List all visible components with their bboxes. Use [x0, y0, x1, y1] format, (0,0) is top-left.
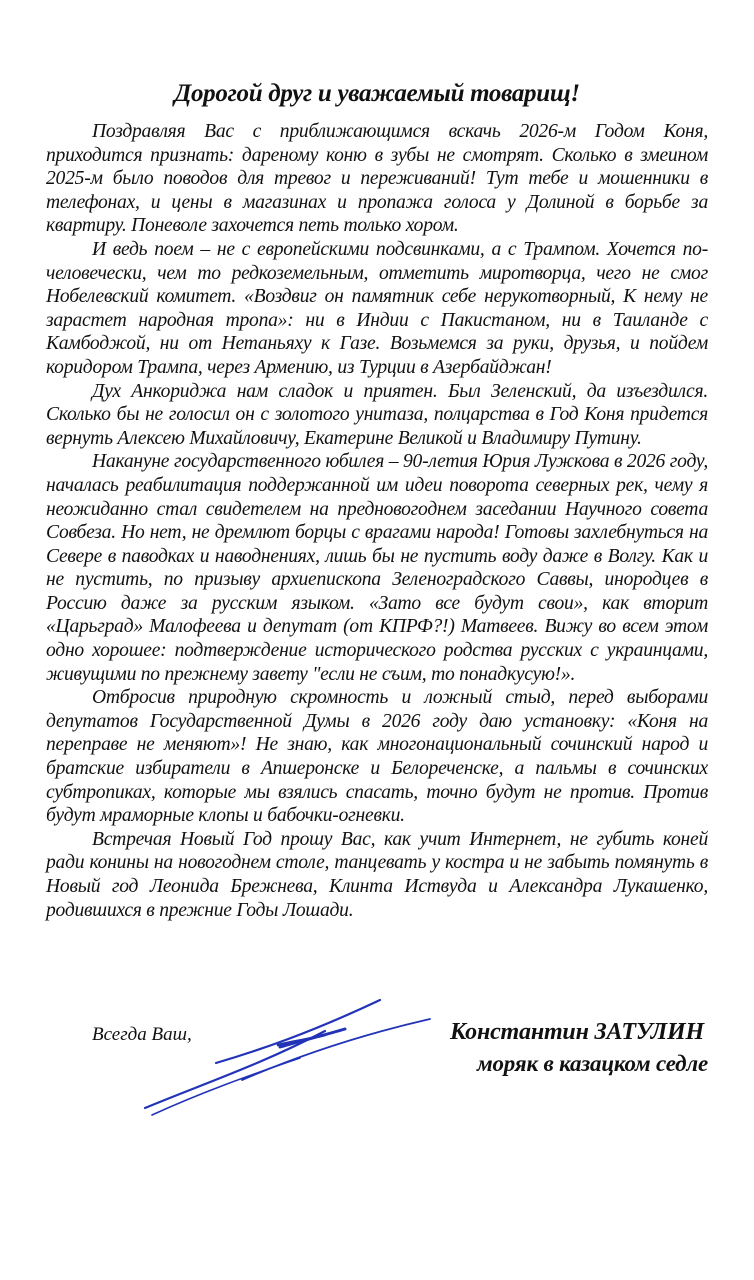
letter-body: Поздравляя Вас с приближающимся вскачь 2… [46, 120, 708, 922]
signer-name: Константин ЗАТУЛИН [450, 1019, 704, 1046]
paragraph-luzhkov-jubilee: Накануне государственного юбилея – 90-ле… [46, 450, 708, 686]
paragraph-new-year-wishes: Встречая Новый Год прошу Вас, как учит И… [46, 828, 708, 922]
paragraph-new-year-greeting: Поздравляя Вас с приближающимся вскачь 2… [46, 120, 708, 238]
paragraph-trump: И ведь поем – не с европейскими подсвинк… [46, 238, 708, 380]
handwritten-signature [140, 995, 440, 1125]
paragraph-duma-elections: Отбросив природную скромность и ложный с… [46, 686, 708, 828]
signer-title: моряк в казацком седле [477, 1051, 708, 1077]
paragraph-anchorage: Дух Анкориджа нам сладок и приятен. Был … [46, 380, 708, 451]
letter-title: Дорогой друг и уважаемый товарищ! [0, 80, 754, 108]
letter-page: Дорогой друг и уважаемый товарищ! Поздра… [0, 0, 754, 1280]
